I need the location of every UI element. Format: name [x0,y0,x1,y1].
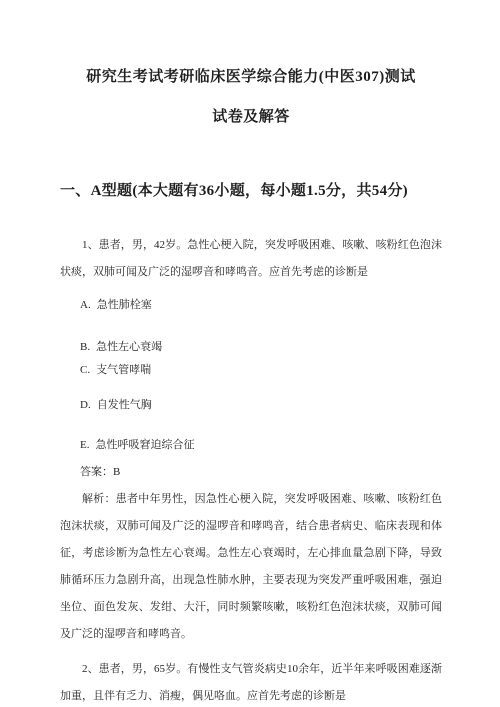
option-d: D.自发性气胸 [80,394,442,417]
document-title-line1: 研究生考试考研临床医学综合能力(中医307)测试 [60,68,442,86]
option-c: C.支气管哮喘 [80,359,442,382]
option-e-text: 急性呼吸窘迫综合征 [95,439,194,451]
option-b-text: 急性左心衰竭 [96,341,162,353]
question-1-stem: 1、患者，男，42岁。急性心梗入院，突发呼吸困难、咳嗽、咳粉红色泡沫状痰，双肺可… [60,232,442,286]
answer-value: B [113,466,120,478]
option-a-label: A. [80,294,91,317]
question-1-options: A.急性肺栓塞 B.急性左心衰竭 C.支气管哮喘 D.自发性气胸 E.急性呼吸窘… [60,294,442,457]
option-a-text: 急性肺栓塞 [97,299,152,311]
option-c-label: C. [80,359,90,382]
option-c-text: 支气管哮喘 [96,364,151,376]
analysis-text: 患者中年男性，因急性心梗入院，突发呼吸困难、咳嗽、咳粉红色泡沫状痰，双肺可闻及广… [60,493,442,640]
option-e-label: E. [80,434,89,457]
option-a: A.急性肺栓塞 [80,294,442,317]
analysis-label: 解析： [82,493,116,505]
document-title-line2: 试卷及解答 [60,108,442,126]
option-d-text: 自发性气胸 [97,399,152,411]
question-1-answer-line: 答案：B [60,461,442,484]
option-e: E.急性呼吸窘迫综合征 [80,434,442,457]
option-d-label: D. [80,394,91,417]
answer-label: 答案： [80,466,113,478]
question-2-stem: 2、患者，男，65岁。有慢性支气管炎病史10余年，近半年来呼吸困难逐渐加重，且伴… [60,656,442,707]
exam-document-page: 研究生考试考研临床医学综合能力(中医307)测试 试卷及解答 一、A型题(本大题… [0,0,500,707]
option-b-label: B. [80,336,90,359]
section-a-heading: 一、A型题(本大题有36小题，每小题1.5分，共54分) [60,181,442,201]
question-1-analysis: 解析：患者中年男性，因急性心梗入院，突发呼吸困难、咳嗽、咳粉红色泡沫状痰，双肺可… [60,486,442,648]
option-b: B.急性左心衰竭 [80,336,442,359]
